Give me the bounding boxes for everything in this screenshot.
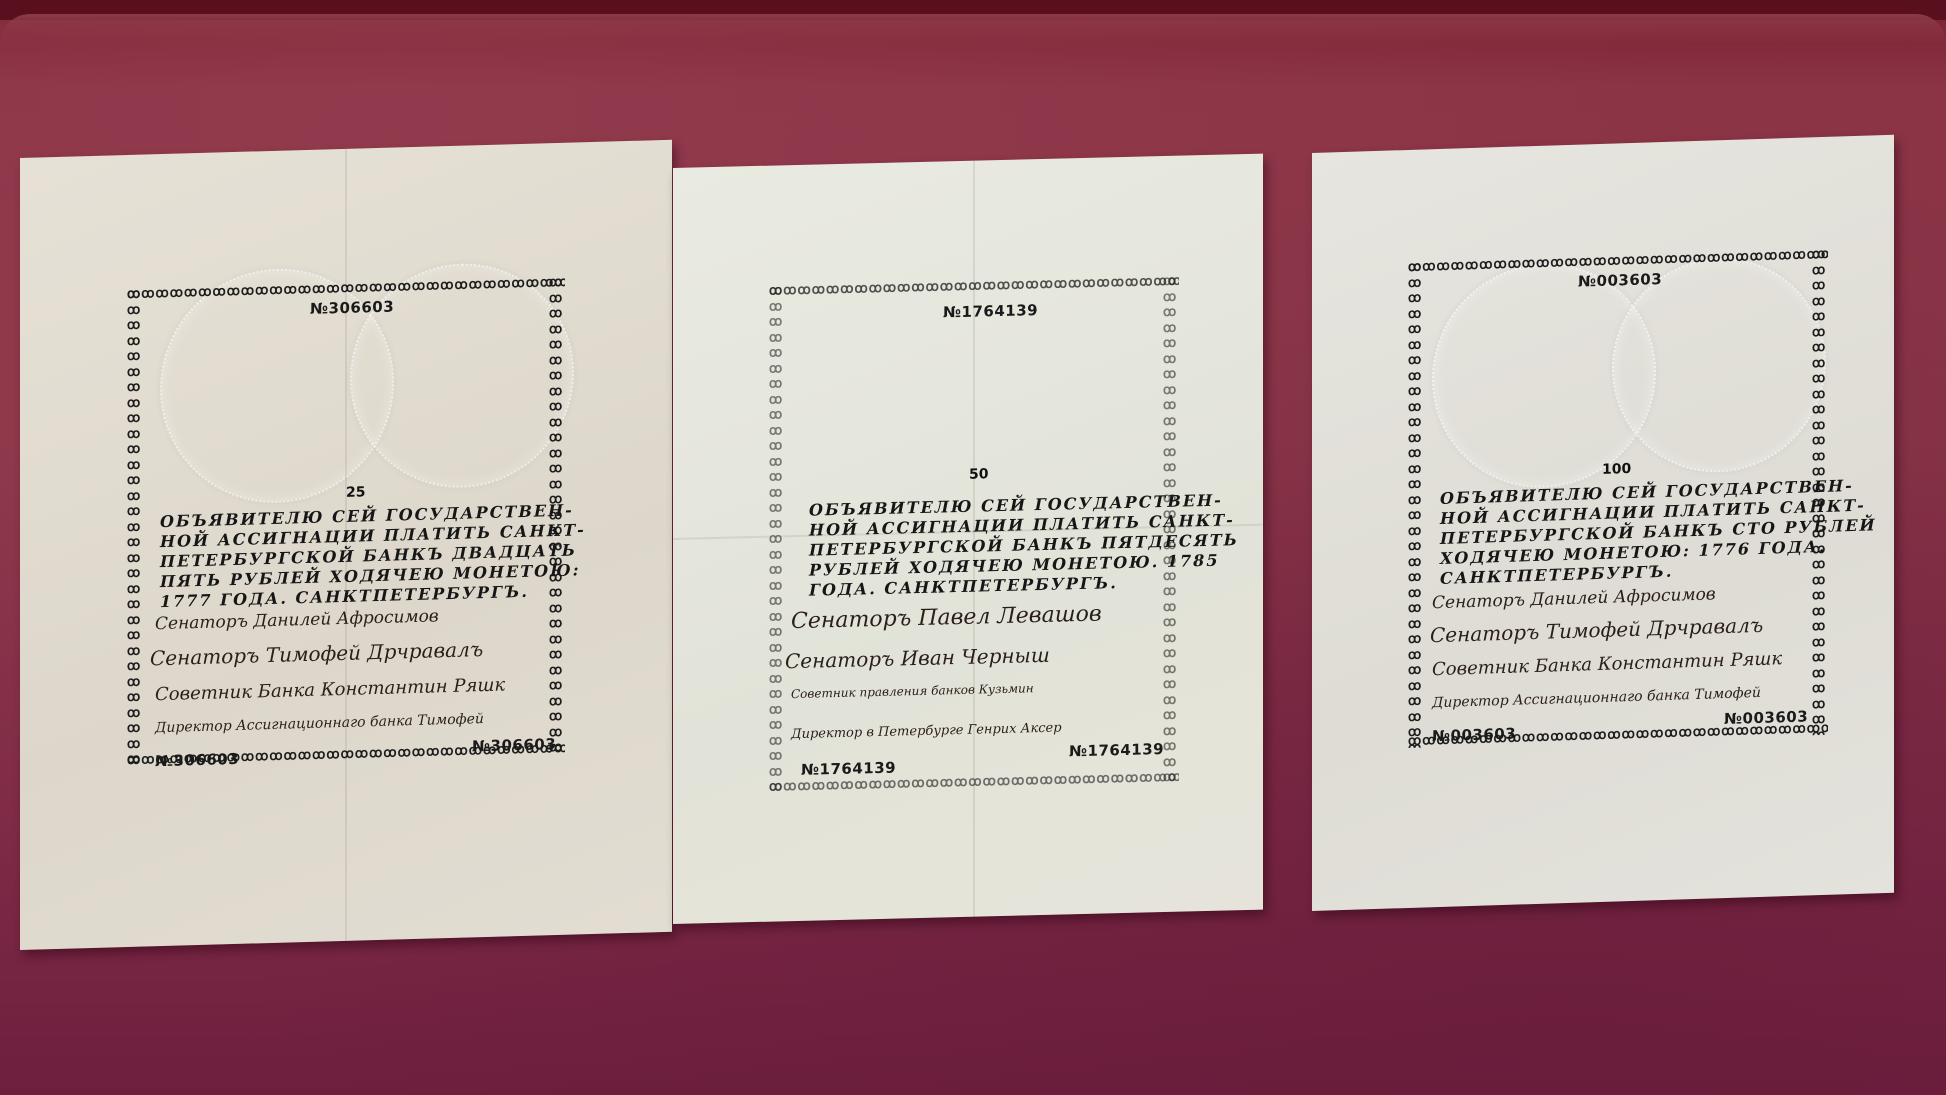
- denomination-label: 50: [969, 466, 988, 482]
- serial-number-bottom-right: №1764139: [1069, 740, 1164, 760]
- border-left: ꝏꝏꝏꝏꝏꝏꝏꝏꝏꝏꝏꝏꝏꝏꝏꝏꝏꝏꝏꝏꝏꝏꝏꝏꝏꝏꝏꝏꝏꝏꝏꝏ: [1408, 259, 1424, 748]
- serial-number-bottom-left: №306603: [155, 750, 239, 770]
- banknote-50-rubles: ꝏꝏꝏꝏꝏꝏꝏꝏꝏꝏꝏꝏꝏꝏꝏꝏꝏꝏꝏꝏꝏꝏꝏꝏꝏꝏꝏꝏꝏꝏꝏꝏꝏꝏꝏꝏ ꝏꝏꝏ…: [673, 154, 1263, 924]
- printed-text: Объявителю сей государствен- ной ассигна…: [809, 490, 1239, 601]
- banknote-25-rubles: ꝏꝏꝏꝏꝏꝏꝏꝏꝏꝏꝏꝏꝏꝏꝏꝏꝏꝏꝏꝏꝏꝏꝏꝏꝏꝏꝏꝏꝏꝏꝏꝏꝏꝏꝏꝏꝏꝏ ꝏ…: [20, 140, 672, 950]
- velvet-fold: [0, 14, 1946, 44]
- serial-number-bottom-right: №003603: [1724, 707, 1808, 728]
- serial-number-top: №1764139: [943, 301, 1038, 321]
- serial-number-bottom-left: №1764139: [801, 759, 896, 779]
- denomination-label: 100: [1602, 461, 1631, 478]
- serial-number-top: №003603: [1578, 270, 1662, 291]
- banknote-100-rubles: ꝏꝏꝏꝏꝏꝏꝏꝏꝏꝏꝏꝏꝏꝏꝏꝏꝏꝏꝏꝏꝏꝏꝏꝏꝏꝏꝏꝏꝏꝏꝏꝏꝏꝏꝏꝏ ꝏꝏꝏ…: [1312, 135, 1894, 911]
- border-left: ꝏꝏꝏꝏꝏꝏꝏꝏꝏꝏꝏꝏꝏꝏꝏꝏꝏꝏꝏꝏꝏꝏꝏꝏꝏꝏꝏꝏꝏꝏꝏꝏꝏ: [769, 283, 785, 793]
- serial-number-bottom-left: №003603: [1432, 725, 1516, 746]
- printed-text: Объявителю сей государствен- ной ассигна…: [1440, 475, 1877, 589]
- serial-number-top: №306603: [310, 298, 394, 318]
- serial-number-bottom-right: №306603: [472, 735, 556, 755]
- denomination-label: 25: [346, 484, 365, 501]
- printed-text: Объявителю сей государствен- ной ассигна…: [160, 500, 586, 612]
- border-left: ꝏꝏꝏꝏꝏꝏꝏꝏꝏꝏꝏꝏꝏꝏꝏꝏꝏꝏꝏꝏꝏꝏꝏꝏꝏꝏꝏꝏꝏꝏꝏꝏ: [127, 287, 143, 767]
